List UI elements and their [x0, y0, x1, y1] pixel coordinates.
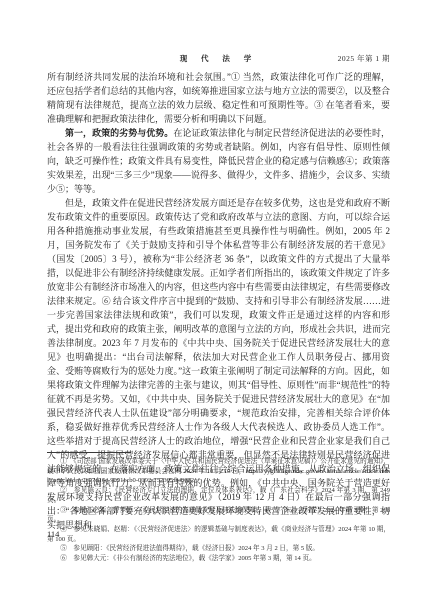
paragraph-text: 所有制经济共同发展的法治环境和社会氛围。”① 当然，政策法律化可作广泛的理解，还… — [47, 72, 390, 124]
paragraph-continued: 所有制经济共同发展的法治环境和社会氛围。”① 当然，政策法律化可作广泛的理解，还… — [47, 70, 390, 126]
footnote-2: ② 参见陈云良：《民营经济专门立法的理据、定位及体系表达》，载《广东社会科学》2… — [47, 486, 390, 505]
footnote-3: ③ 参见江必新、曹梦娇：《论民营经济的高质量发展及其法治保障》，载《广东社会科学… — [47, 506, 390, 525]
running-head: 现 代 法 学 2025 年第 1 期 — [47, 53, 390, 65]
footnote-5: ⑤ 参见顾阳：《民营经济促进法值得期待》，载《经济日报》2024 年 3 月 2… — [47, 544, 390, 554]
journal-page: 现 代 法 学 2025 年第 1 期 所有制经济共同发展的法治环境和社会氛围。… — [0, 0, 427, 603]
footnote-separator — [47, 452, 131, 453]
paragraph-lead: 第一，政策的劣势与优势。 — [65, 128, 173, 138]
page-number: 114 — [47, 529, 59, 539]
paragraph-first-point: 第一，政策的劣势与优势。在论证政策法律化与制定民营经济促进法的必要性时，社会各界… — [47, 126, 390, 196]
issue-label: 2025 年第 1 期 — [338, 53, 390, 64]
footnote-4: ④ 参见朱晓娟、赵精：《〈民营经济促进法〉的逻辑基础与制度表达》，载《商业经济与… — [47, 525, 390, 544]
footnote-6: ⑥ 参见韩大元：《非公有制经济的宪法地位》，载《法学家》2005 年第 3 期，… — [47, 554, 390, 564]
footnote-1: ① 《司法部 国家发展改革委关于〈中华人民共和国民营经济促进法（草案征求意见稿）… — [47, 457, 390, 486]
footnotes: ① 《司法部 国家发展改革委关于〈中华人民共和国民营经济促进法（草案征求意见稿）… — [47, 457, 390, 564]
